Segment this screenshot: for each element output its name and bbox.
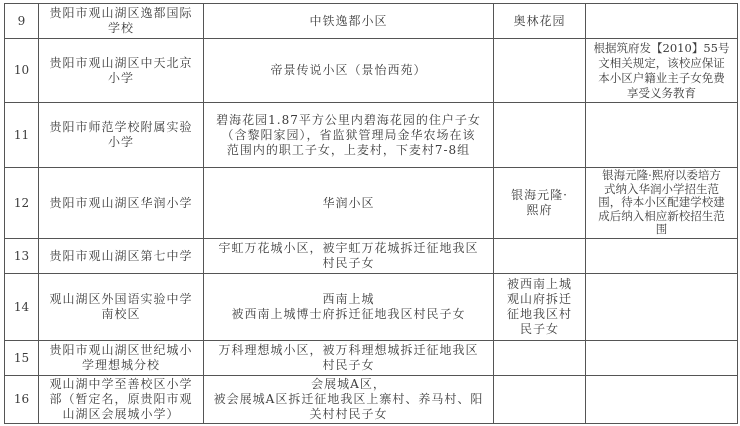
table-row: 15 贵阳市观山湖区世纪城小 学理想城分校 万科理想城小区，被万科理想城拆迁征地… — [5, 341, 738, 376]
table-row: 14 观山湖区外国语实验中学 南校区 西南上城 被西南上城博士府拆迁征地我区村民… — [5, 274, 738, 341]
school-name-cell: 贵阳市观山湖区华润小学 — [39, 168, 204, 239]
school-name-cell: 贵阳市观山湖区中天北京 小学 — [39, 39, 204, 103]
school-enrollment-table: 9 贵阳市观山湖区逸都国际 学校 中铁逸都小区 奥林花园 10 贵阳市观山湖区中… — [4, 3, 738, 424]
school-name-cell: 贵阳市观山湖区逸都国际 学校 — [39, 4, 204, 39]
row-number-cell: 15 — [5, 341, 39, 376]
secondary-scope-cell — [494, 341, 586, 376]
table-row: 12 贵阳市观山湖区华润小学 华润小区 银海元隆· 熙府 银海元隆·熙府以委培方… — [5, 168, 738, 239]
remarks-cell — [586, 239, 738, 274]
remarks-cell — [586, 341, 738, 376]
row-number-cell: 12 — [5, 168, 39, 239]
remarks-cell — [586, 4, 738, 39]
table-row: 10 贵阳市观山湖区中天北京 小学 帝景传说小区（景怡西苑） 根据筑府发【201… — [5, 39, 738, 103]
school-name-cell: 贵阳市师范学校附属实验 小学 — [39, 103, 204, 168]
table-row: 9 贵阳市观山湖区逸都国际 学校 中铁逸都小区 奥林花园 — [5, 4, 738, 39]
row-number-cell: 14 — [5, 274, 39, 341]
row-number-cell: 10 — [5, 39, 39, 103]
remarks-cell: 根据筑府发【2010】55号 文相关规定，该校应保证 本小区户籍业主子女免费 享… — [586, 39, 738, 103]
enrollment-scope-cell: 万科理想城小区，被万科理想城拆迁征地我区 村民子女 — [204, 341, 494, 376]
secondary-scope-cell: 银海元隆· 熙府 — [494, 168, 586, 239]
secondary-scope-cell — [494, 39, 586, 103]
school-name-cell: 贵阳市观山湖区世纪城小 学理想城分校 — [39, 341, 204, 376]
row-number-cell: 16 — [5, 376, 39, 424]
row-number-cell: 13 — [5, 239, 39, 274]
enrollment-scope-cell: 中铁逸都小区 — [204, 4, 494, 39]
school-name-cell: 贵阳市观山湖区第七中学 — [39, 239, 204, 274]
enrollment-scope-cell: 碧海花园1.87平方公里内碧海花园的住户子女 （含黎阳家园），省监狱管理局金华农… — [204, 103, 494, 168]
secondary-scope-cell — [494, 103, 586, 168]
school-name-cell: 观山湖中学至善校区小学 部（暂定名，原贵阳市观 山湖区会展城小学） — [39, 376, 204, 424]
secondary-scope-cell — [494, 239, 586, 274]
table-row: 13 贵阳市观山湖区第七中学 宇虹万花城小区，被宇虹万花城拆迁征地我区 村民子女 — [5, 239, 738, 274]
row-number-cell: 9 — [5, 4, 39, 39]
enrollment-scope-cell: 西南上城 被西南上城博士府拆迁征地我区村民子女 — [204, 274, 494, 341]
row-number-cell: 11 — [5, 103, 39, 168]
remarks-cell — [586, 376, 738, 424]
remarks-cell — [586, 103, 738, 168]
enrollment-scope-cell: 帝景传说小区（景怡西苑） — [204, 39, 494, 103]
enrollment-scope-cell: 宇虹万花城小区，被宇虹万花城拆迁征地我区 村民子女 — [204, 239, 494, 274]
remarks-cell: 银海元隆·熙府以委培方 式纳入华润小学招生范 围，待本小区配建学校建 成后纳入相… — [586, 168, 738, 239]
remarks-cell — [586, 274, 738, 341]
school-name-cell: 观山湖区外国语实验中学 南校区 — [39, 274, 204, 341]
secondary-scope-cell: 奥林花园 — [494, 4, 586, 39]
enrollment-scope-cell: 会展城A区， 被会展城A区拆迁征地我区上寨村、养马村、阳 关村村民子女 — [204, 376, 494, 424]
table-row: 11 贵阳市师范学校附属实验 小学 碧海花园1.87平方公里内碧海花园的住户子女… — [5, 103, 738, 168]
secondary-scope-cell — [494, 376, 586, 424]
secondary-scope-cell: 被西南上城 观山府拆迁 征地我区村 民子女 — [494, 274, 586, 341]
table-row: 16 观山湖中学至善校区小学 部（暂定名，原贵阳市观 山湖区会展城小学） 会展城… — [5, 376, 738, 424]
enrollment-scope-cell: 华润小区 — [204, 168, 494, 239]
